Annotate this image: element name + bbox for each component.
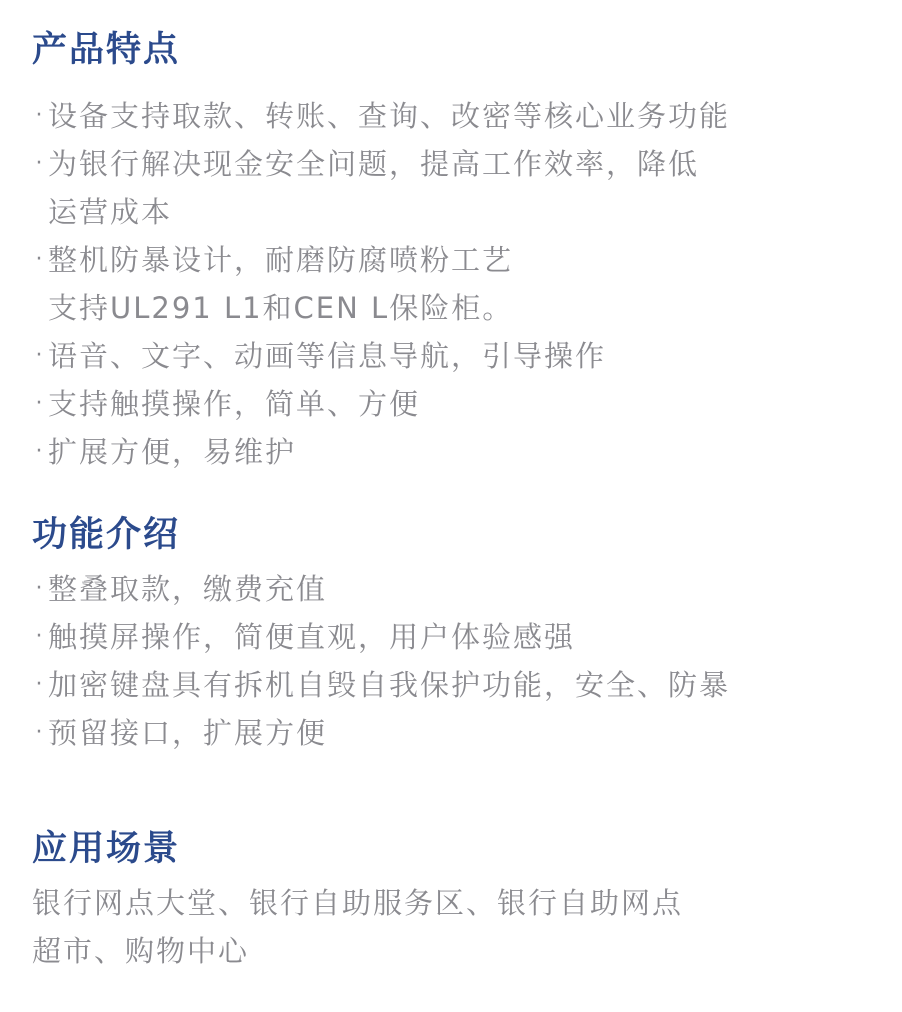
scenarios-section: 应用场景 银行网点大堂、银行自助服务区、银行自助网点 超市、购物中心 xyxy=(32,827,882,975)
list-item: ·设备支持取款、转账、查询、改密等核心业务功能 xyxy=(32,92,882,140)
features-list: ·设备支持取款、转账、查询、改密等核心业务功能 ·为银行解决现金安全问题，提高工… xyxy=(32,92,882,476)
scenario-line: 超市、购物中心 xyxy=(32,927,882,975)
list-item: ·语音、文字、动画等信息导航，引导操作 xyxy=(32,332,882,380)
functions-list: ·整叠取款，缴费充值 ·触摸屏操作，简便直观，用户体验感强 ·加密键盘具有拆机自… xyxy=(32,565,882,757)
scenario-line: 银行网点大堂、银行自助服务区、银行自助网点 xyxy=(32,879,882,927)
list-item: ·整机防暴设计，耐磨防腐喷粉工艺 xyxy=(32,236,882,284)
bullet-dot-icon: · xyxy=(32,613,48,661)
list-item-continuation: 支持UL291 L1和CEN L保险柜。 xyxy=(32,284,882,332)
bullet-dot-icon: · xyxy=(32,140,48,188)
list-item: ·加密键盘具有拆机自毁自我保护功能，安全、防暴 xyxy=(32,661,882,709)
bullet-dot-icon: · xyxy=(32,236,48,284)
list-item: ·整叠取款，缴费充值 xyxy=(32,565,882,613)
features-heading: 产品特点 xyxy=(32,28,882,72)
list-item: ·预留接口，扩展方便 xyxy=(32,709,882,757)
features-section: 产品特点 ·设备支持取款、转账、查询、改密等核心业务功能 ·为银行解决现金安全问… xyxy=(32,28,882,476)
bullet-dot-icon: · xyxy=(32,92,48,140)
list-item: ·触摸屏操作，简便直观，用户体验感强 xyxy=(32,613,882,661)
scenarios-heading: 应用场景 xyxy=(32,827,882,871)
bullet-dot-icon: · xyxy=(32,709,48,757)
scenarios-text: 银行网点大堂、银行自助服务区、银行自助网点 超市、购物中心 xyxy=(32,879,882,975)
bullet-dot-icon: · xyxy=(32,332,48,380)
bullet-dot-icon: · xyxy=(32,565,48,613)
bullet-dot-icon: · xyxy=(32,661,48,709)
bullet-dot-icon: · xyxy=(32,428,48,476)
list-item: ·支持触摸操作，简单、方便 xyxy=(32,380,882,428)
bullet-dot-icon: · xyxy=(32,380,48,428)
functions-section: 功能介绍 ·整叠取款，缴费充值 ·触摸屏操作，简便直观，用户体验感强 ·加密键盘… xyxy=(32,513,882,757)
list-item: ·扩展方便，易维护 xyxy=(32,428,882,476)
functions-heading: 功能介绍 xyxy=(32,513,882,557)
list-item: ·为银行解决现金安全问题，提高工作效率，降低 xyxy=(32,140,882,188)
list-item-continuation: 运营成本 xyxy=(32,188,882,236)
